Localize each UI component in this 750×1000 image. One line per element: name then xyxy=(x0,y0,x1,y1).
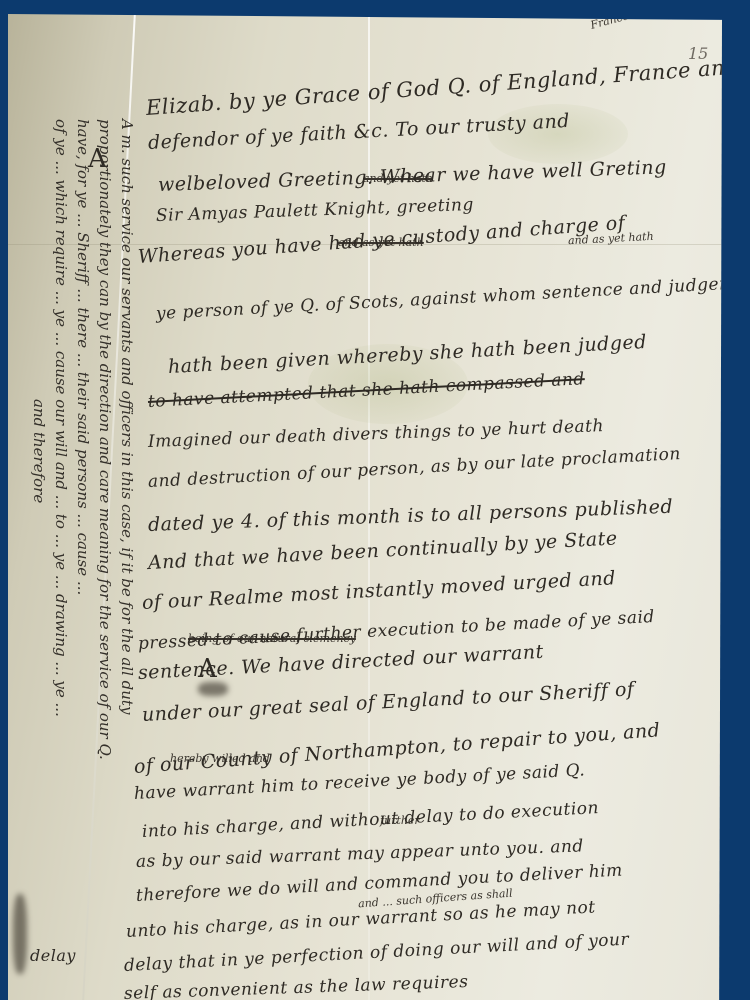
margin-word: delay xyxy=(30,946,76,965)
text-line: Elizab. by ye Grace of God Q. of England… xyxy=(145,49,750,120)
text-line: And that we have been continually by ye … xyxy=(147,527,618,574)
text-line: into his charge, and without delay to do… xyxy=(141,798,599,842)
text-line: ye person of ye Q. of Scots, against who… xyxy=(155,272,750,324)
ink-blot xyxy=(198,682,228,696)
margin-note-line: of ye ... which require ... ye ... cause… xyxy=(52,119,70,717)
ink-blot xyxy=(13,894,27,974)
margin-note-line: have, for ye ... Sheriff ... there ... t… xyxy=(74,119,92,595)
margin-note: A m. such service our servants and offic… xyxy=(28,119,168,979)
text-line: pressed to cause further execution to be… xyxy=(137,607,655,654)
margin-note-line: A m. such service our servants and offic… xyxy=(118,119,136,714)
text-line: of our Realme most instantly moved urged… xyxy=(141,567,616,614)
insertion-marker: A xyxy=(198,654,217,684)
text-line: Sir Amyas Paulett Knight, greeting xyxy=(156,195,475,226)
text-line: self as convenient as the law requires xyxy=(124,972,469,1000)
margin-note-line: and therefore xyxy=(30,399,48,503)
interlinear-insertion: France xyxy=(589,9,630,32)
manuscript-page: 15 France and yet hath and as yet hath a… xyxy=(8,14,722,1000)
text-line: welbeloved Greeting. Whear we have well … xyxy=(158,156,667,196)
margin-note-line: proportionately they can by the directio… xyxy=(96,119,114,760)
text-line: and destruction of our person, as by our… xyxy=(147,444,681,492)
